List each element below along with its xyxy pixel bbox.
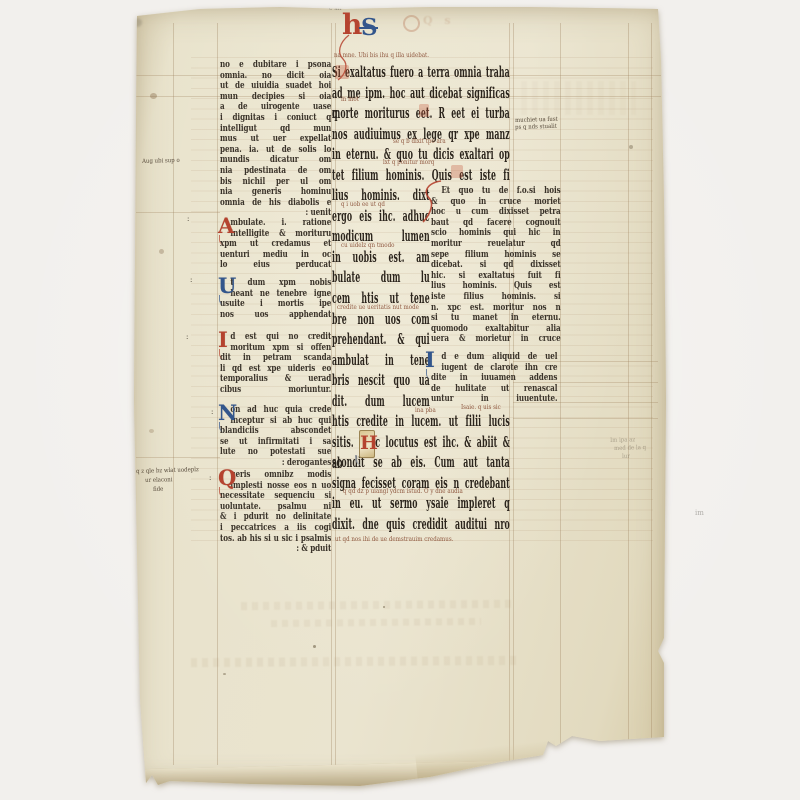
initial-i: I xyxy=(425,350,435,370)
gloss-paragraph: Non ad huc quia credeinceptur si ab huc … xyxy=(220,405,331,469)
rubric: q i uob ee ut qd xyxy=(341,201,385,208)
show-through-text xyxy=(521,81,636,115)
text-line: lo eius perducat xyxy=(220,260,331,271)
text-line: & i pdurit no delinitate xyxy=(220,512,331,523)
text-line: d e dum aliquid de uel xyxy=(431,352,557,363)
penwork-flourish xyxy=(421,178,443,224)
text-line: necessitate sequenciu si xyxy=(220,491,331,502)
text-line: mbulate. i. ratione xyxy=(220,218,331,229)
text-line: dit in petram scanda xyxy=(220,353,331,364)
text-line: dicebat. si qd dixisset xyxy=(431,260,561,271)
rubric: credite ue ueritatis nut mode xyxy=(337,304,419,311)
text-line: implesti nosse eos n uo xyxy=(220,481,331,492)
initial-a: A xyxy=(218,216,234,236)
text-line: bre non uos com xyxy=(332,309,430,330)
text-line: iste filius hominis. si xyxy=(431,292,561,303)
text-line: uenturi mediu in oc xyxy=(220,250,331,261)
pencil-foliation: c xli xyxy=(329,5,342,12)
text-line: pena. ia. ut de solis lo xyxy=(220,145,331,156)
text-line: omnia. no dicit oia xyxy=(220,71,331,82)
text-line: moritur reuelatur qd xyxy=(431,239,561,250)
text-line: quomodo exaltabitur alia xyxy=(431,324,561,335)
text-line: bris nescit quo ua xyxy=(332,370,430,391)
text-line: nos uos apphendat xyxy=(220,310,331,321)
text-line: hoc u cum dixisset petra xyxy=(431,207,561,218)
mount-inscription: im xyxy=(695,509,704,517)
initial-i: I xyxy=(218,330,228,350)
margin-note: Aug ubi sup o xyxy=(142,157,180,166)
text-line: mun decipies si oia xyxy=(220,92,331,103)
ruling-line xyxy=(136,212,220,213)
stain xyxy=(132,18,142,27)
margin-note: q z qle bz wlat uodeplz xyxy=(136,466,199,475)
speck xyxy=(313,645,316,648)
speck xyxy=(223,673,226,675)
rubric: na mne. Ubi bis ihu q illa uidebat. xyxy=(334,52,429,59)
ruling-line xyxy=(513,418,658,419)
text-line: ambulat in tene xyxy=(332,350,430,371)
rubric: se q b dixit tpo ara xyxy=(393,138,446,145)
text-line: blandiciis abscondet xyxy=(220,426,331,437)
text-line: uera & morietur in cruce xyxy=(431,334,561,345)
text-line: tos. ab his si u sic i psalmis xyxy=(220,534,331,545)
text-line: moritum xpm si offen xyxy=(220,343,331,354)
rubric: ina pba xyxy=(415,407,436,414)
text-line: nia pdestinata de om xyxy=(220,166,331,177)
initial-u: U xyxy=(218,276,236,296)
text-line: htis credite in lucem. ut filii lucis xyxy=(332,411,510,432)
text-line: sepe filium hominis se xyxy=(431,250,561,261)
text-line: hic. si exaltatus fuit fi xyxy=(431,271,561,282)
text-line: dixit. dne quis credidit auditui nro xyxy=(332,514,510,535)
rubric: Isaie. q uis sic xyxy=(461,404,501,411)
gloss-paragraph: Ut dum xpm nobisheant ne tenebre igneusu… xyxy=(220,278,331,320)
vertical-ruling xyxy=(651,23,652,765)
text-line: dite in iuuamen addens xyxy=(431,373,557,384)
text-line: : & pduit xyxy=(220,544,331,555)
text-line: iugent de clarote ihn cre xyxy=(431,363,557,374)
tie-mark: : xyxy=(190,276,192,284)
vertical-ruling xyxy=(173,23,174,765)
rubric: cu uidelz qn tmodo xyxy=(341,242,394,249)
tie-mark: : xyxy=(209,474,211,482)
vertical-ruling xyxy=(560,23,561,765)
text-line: uoluntate. psalmu ni xyxy=(220,502,331,513)
photo-stage: im c xli h S Q s Si exaltatus fuero a xyxy=(0,0,800,800)
text-line: si tu manet in eternu. xyxy=(431,313,561,324)
text-line: mus ut uer expellat xyxy=(220,134,331,145)
text-line: se ut infirmitati i sa xyxy=(220,437,331,448)
vertical-ruling xyxy=(217,23,218,765)
text-line: intelligut qd mun xyxy=(220,124,331,135)
text-line: xpm ut credamus et xyxy=(220,239,331,250)
text-line: scio hominis qui hic in xyxy=(431,228,561,239)
text-line: baut qd facere cognouit xyxy=(431,218,561,229)
bottom-fold xyxy=(415,740,557,779)
text-line: no e dubitare i psona xyxy=(220,60,331,71)
speck xyxy=(629,145,633,149)
tie-mark: : xyxy=(211,408,213,416)
text-line: heant ne tenebre igne xyxy=(220,289,331,300)
text-line: i peccatrices a iis cogi xyxy=(220,523,331,534)
initial-n: N xyxy=(218,403,237,423)
gloss-paragraph: Et quo tu de f.o.si hois& quo in cruce m… xyxy=(431,186,561,345)
tie-mark: : xyxy=(187,215,189,223)
show-through-text xyxy=(241,600,511,610)
gloss-paragraph: Id est qui no creditmoritum xpm si offen… xyxy=(220,332,331,396)
decorated-initial-h: H xyxy=(359,430,375,458)
running-title-letter-red: h xyxy=(342,11,362,39)
text-line: Si exaltatus fuero a terra omnia traha xyxy=(332,62,510,83)
text-line: & quo in cruce moriet xyxy=(431,197,561,208)
rubric: in mot xyxy=(341,96,359,103)
stain xyxy=(149,429,154,433)
text-line: n. xpc est. moritur nos n xyxy=(431,303,561,314)
show-through-text xyxy=(271,618,481,627)
text-line: ergo eis ihc. adhuc xyxy=(332,206,430,227)
show-through-letters: Q s xyxy=(423,14,455,27)
rubric: ut qd nos ihi de ue demstrauim credamus. xyxy=(335,536,453,543)
text-line: lius hominis. Quis est xyxy=(431,281,561,292)
margin-note: fide xyxy=(153,486,163,494)
gloss-paragraph: Id e dum aliquid de ueliugent de clarote… xyxy=(431,352,559,405)
rubric: lxt q ponitur morq xyxy=(383,159,434,166)
text-line: in uobis est. am xyxy=(332,247,430,268)
text-line: t dum xpm nobis xyxy=(220,278,331,289)
text-line: a de uirogente uase xyxy=(220,102,331,113)
running-title-bar xyxy=(359,27,378,29)
text-line: lute no potestati sue xyxy=(220,447,331,458)
text-line: bis nichil per ul om xyxy=(220,177,331,188)
gloss-paragraph: Queris omnibz modisimplesti nosse eos n … xyxy=(220,470,331,555)
stain xyxy=(159,249,164,254)
text-line: bulate dum lu xyxy=(332,267,430,288)
text-line: : derogantes xyxy=(220,458,331,469)
text-line: mundis dicatur om xyxy=(220,155,331,166)
margin-note: med de la q xyxy=(614,444,646,452)
margin-note: ur elaconi xyxy=(145,476,173,484)
text-line: Et quo tu de f.o.si hois xyxy=(431,186,561,197)
show-through-text xyxy=(191,656,521,667)
gloss-paragraph: no e dubitare i psonaomnia. no dicit oia… xyxy=(220,60,331,219)
red-touched-letter xyxy=(451,165,463,178)
text-line: temporalius & uerad xyxy=(220,374,331,385)
gloss-paragraph: Ambulate. i. rationeintelligite & moritu… xyxy=(220,218,331,271)
text-line: prehendant. & qui xyxy=(332,329,430,350)
tie-mark: : xyxy=(186,333,188,341)
red-touched-letter xyxy=(419,104,429,117)
margin-note: Im ipa az xyxy=(610,436,635,444)
show-through-ring xyxy=(403,15,420,32)
text-line: ueris omnibz modis xyxy=(220,470,331,481)
text-line: intelligite & morituru xyxy=(220,229,331,240)
manuscript-leaf: c xli h S Q s Si exaltatus fuero a terra… xyxy=(131,5,668,792)
vertical-ruling xyxy=(628,23,629,765)
text-line: in eu. ut sermo ysaie impleret q xyxy=(332,493,510,514)
text-line: cibus moriuntur. xyxy=(220,385,331,396)
text-line: i dignitas i coniuct q xyxy=(220,113,331,124)
text-line: nia generis hominu xyxy=(220,187,331,198)
rubric: q qd dz p uiangl ydcm istud. O y dne aud… xyxy=(343,488,463,495)
ruling-line xyxy=(136,457,220,458)
text-line: d est qui no credit xyxy=(220,332,331,343)
initial-q: Q xyxy=(218,468,236,488)
manuscript-leaf-wrap: c xli h S Q s Si exaltatus fuero a terra… xyxy=(131,5,668,792)
margin-note: lur xyxy=(622,453,630,461)
text-line: ut de uiuidia suadet hoi xyxy=(220,81,331,92)
text-line: de hulitate ut renascal xyxy=(431,384,557,395)
text-line: li qd est xpe uideris eo xyxy=(220,364,331,375)
text-line: omnia de his diabolis e xyxy=(220,198,331,209)
margin-note: ps q nds stualit xyxy=(515,123,557,132)
text-line: usuite i mortis ipe xyxy=(220,299,331,310)
